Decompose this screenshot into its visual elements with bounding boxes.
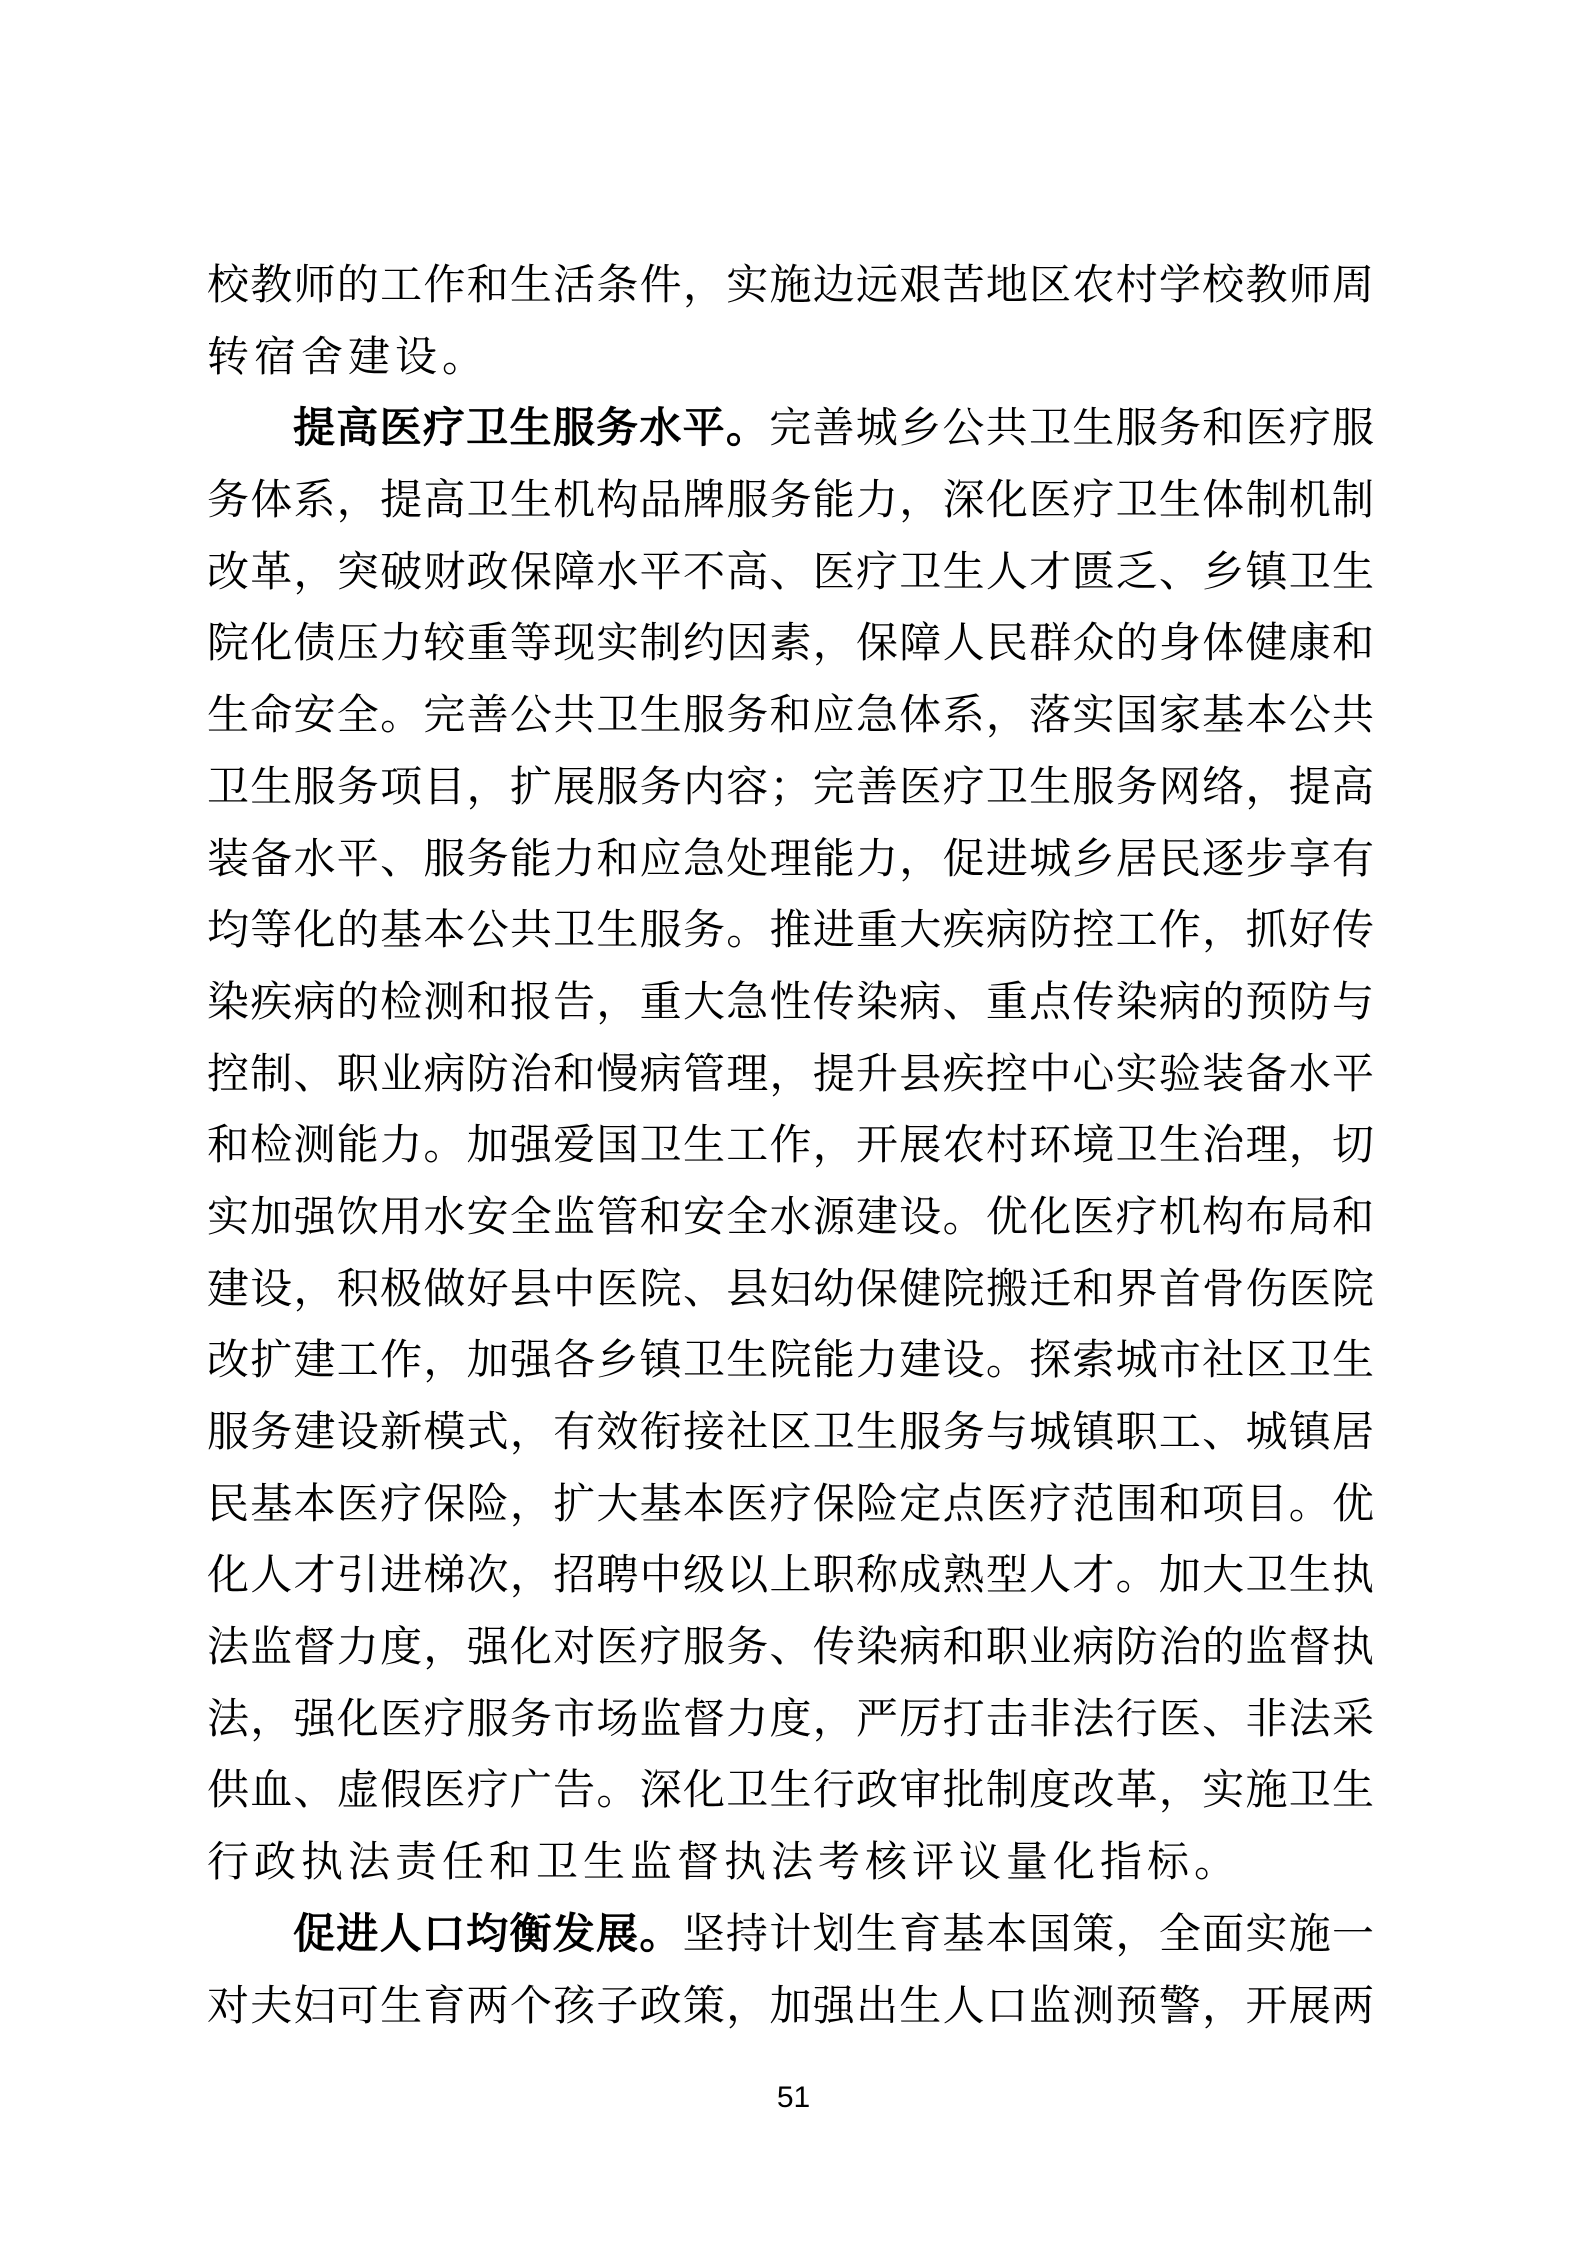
text-line: 化人才引进梯次，招聘中级以上职称成熟型人才。加大卫生执 bbox=[207, 1541, 1374, 1613]
text-segment: 行政执法责任和卫生监督执法考核评议量化指标。 bbox=[207, 1840, 1241, 1886]
text-segment: 生命安全。完善公共卫生服务和应急体系，落实国家基本公共 bbox=[207, 693, 1374, 739]
text-segment: 校教师的工作和生活条件，实施边远艰苦地区农村学校教师周 bbox=[207, 263, 1374, 309]
text-line: 务体系，提高卫生机构品牌服务能力，深化医疗卫生体制机制 bbox=[207, 466, 1374, 538]
text-line: 供血、虚假医疗广告。深化卫生行政审批制度改革，实施卫生 bbox=[207, 1756, 1374, 1828]
text-segment: 控制、职业病防治和慢病管理，提升县疾控中心实验装备水平 bbox=[207, 1052, 1374, 1098]
text-line: 院化债压力较重等现实制约因素，保障人民群众的身体健康和 bbox=[207, 609, 1374, 681]
document-page: { "page": { "number": "51", "background_… bbox=[0, 0, 1587, 2245]
page-number: 51 bbox=[0, 2082, 1587, 2114]
text-segment: 对夫妇可生育两个孩子政策，加强出生人口监测预警，开展两 bbox=[207, 1984, 1374, 2030]
text-segment: 染疾病的检测和报告，重大急性传染病、重点传染病的预防与 bbox=[207, 980, 1374, 1026]
text-line: 卫生服务项目，扩展服务内容；完善医疗卫生服务网络，提高 bbox=[207, 753, 1374, 825]
text-segment: 均等化的基本公共卫生服务。推进重大疾病防控工作，抓好传 bbox=[207, 908, 1374, 954]
text-line: 和检测能力。加强爱国卫生工作，开展农村环境卫生治理，切 bbox=[207, 1111, 1374, 1183]
text-line: 建设，积极做好县中医院、县妇幼保健院搬迁和界首骨伤医院 bbox=[207, 1255, 1374, 1327]
text-line: 生命安全。完善公共卫生服务和应急体系，落实国家基本公共 bbox=[207, 681, 1374, 753]
text-line: 改扩建工作，加强各乡镇卫生院能力建设。探索城市社区卫生 bbox=[207, 1326, 1374, 1398]
text-segment: 法监督力度，强化对医疗服务、传染病和职业病防治的监督执 bbox=[207, 1625, 1374, 1671]
text-segment: 务体系，提高卫生机构品牌服务能力，深化医疗卫生体制机制 bbox=[207, 478, 1374, 524]
paragraph-lead-bold: 促进人口均衡发展。 bbox=[293, 1912, 683, 1958]
document-body: 校教师的工作和生活条件，实施边远艰苦地区农村学校教师周转宿舍建设。提高医疗卫生服… bbox=[207, 251, 1374, 2043]
text-segment: 服务建设新模式，有效衔接社区卫生服务与城镇职工、城镇居 bbox=[207, 1410, 1374, 1456]
text-line: 控制、职业病防治和慢病管理，提升县疾控中心实验装备水平 bbox=[207, 1040, 1374, 1112]
text-segment: 改扩建工作，加强各乡镇卫生院能力建设。探索城市社区卫生 bbox=[207, 1338, 1374, 1384]
text-segment: 民基本医疗保险，扩大基本医疗保险定点医疗范围和项目。优 bbox=[207, 1482, 1374, 1528]
text-line: 实加强饮用水安全监管和安全水源建设。优化医疗机构布局和 bbox=[207, 1183, 1374, 1255]
text-line: 转宿舍建设。 bbox=[207, 323, 1374, 395]
text-line: 服务建设新模式，有效衔接社区卫生服务与城镇职工、城镇居 bbox=[207, 1398, 1374, 1470]
text-line: 均等化的基本公共卫生服务。推进重大疾病防控工作，抓好传 bbox=[207, 896, 1374, 968]
text-line: 民基本医疗保险，扩大基本医疗保险定点医疗范围和项目。优 bbox=[207, 1470, 1374, 1542]
text-line: 行政执法责任和卫生监督执法考核评议量化指标。 bbox=[207, 1828, 1374, 1900]
text-line: 提高医疗卫生服务水平。完善城乡公共卫生服务和医疗服 bbox=[207, 394, 1374, 466]
text-line: 促进人口均衡发展。坚持计划生育基本国策，全面实施一 bbox=[207, 1900, 1374, 1972]
text-segment: 实加强饮用水安全监管和安全水源建设。优化医疗机构布局和 bbox=[207, 1195, 1374, 1241]
text-line: 校教师的工作和生活条件，实施边远艰苦地区农村学校教师周 bbox=[207, 251, 1374, 323]
text-line: 染疾病的检测和报告，重大急性传染病、重点传染病的预防与 bbox=[207, 968, 1374, 1040]
text-segment: 和检测能力。加强爱国卫生工作，开展农村环境卫生治理，切 bbox=[207, 1123, 1374, 1169]
text-segment: 坚持计划生育基本国策，全面实施一 bbox=[683, 1912, 1374, 1958]
text-segment: 转宿舍建设。 bbox=[207, 335, 489, 381]
text-line: 装备水平、服务能力和应急处理能力，促进城乡居民逐步享有 bbox=[207, 825, 1374, 897]
text-segment: 供血、虚假医疗广告。深化卫生行政审批制度改革，实施卫生 bbox=[207, 1768, 1374, 1814]
text-line: 法，强化医疗服务市场监督力度，严厉打击非法行医、非法采 bbox=[207, 1685, 1374, 1757]
text-segment: 建设，积极做好县中医院、县妇幼保健院搬迁和界首骨伤医院 bbox=[207, 1267, 1374, 1313]
text-segment: 完善城乡公共卫生服务和医疗服 bbox=[769, 406, 1374, 452]
text-segment: 卫生服务项目，扩展服务内容；完善医疗卫生服务网络，提高 bbox=[207, 765, 1374, 811]
text-line: 法监督力度，强化对医疗服务、传染病和职业病防治的监督执 bbox=[207, 1613, 1374, 1685]
text-line: 对夫妇可生育两个孩子政策，加强出生人口监测预警，开展两 bbox=[207, 1972, 1374, 2044]
text-line: 改革，突破财政保障水平不高、医疗卫生人才匮乏、乡镇卫生 bbox=[207, 538, 1374, 610]
text-segment: 法，强化医疗服务市场监督力度，严厉打击非法行医、非法采 bbox=[207, 1697, 1374, 1743]
text-segment: 装备水平、服务能力和应急处理能力，促进城乡居民逐步享有 bbox=[207, 837, 1374, 883]
text-segment: 院化债压力较重等现实制约因素，保障人民群众的身体健康和 bbox=[207, 621, 1374, 667]
text-segment: 改革，突破财政保障水平不高、医疗卫生人才匮乏、乡镇卫生 bbox=[207, 550, 1374, 596]
paragraph-lead-bold: 提高医疗卫生服务水平。 bbox=[293, 406, 769, 452]
text-segment: 化人才引进梯次，招聘中级以上职称成熟型人才。加大卫生执 bbox=[207, 1553, 1374, 1599]
